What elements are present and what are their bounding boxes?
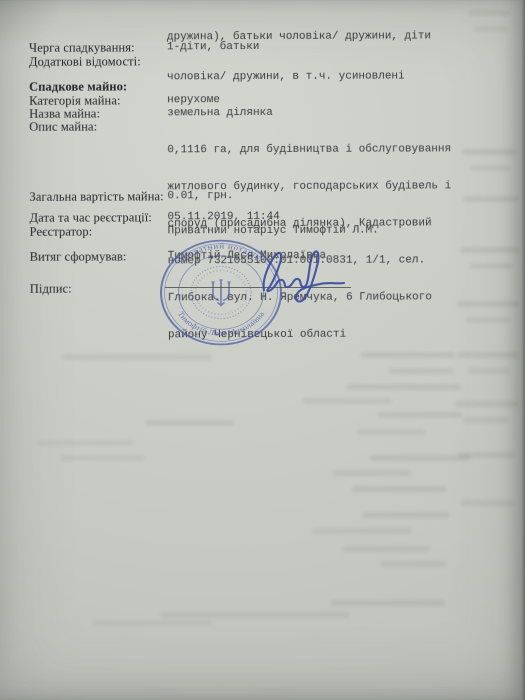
svg-text:Тимофтій Леся Миколаївна: Тимофтій Леся Миколаївна [176, 310, 267, 337]
field-value: 0.01, грн. [167, 190, 233, 203]
trident-icon [212, 280, 231, 306]
field-label: Загальна вартість майна: [29, 189, 163, 204]
field-value: нерухоме [167, 94, 220, 106]
field-label: Реєстратор: [30, 224, 93, 239]
document-content: дружина), батьки чоловіка/ дружини, діти… [0, 0, 525, 700]
field-label: Додаткові відомості: [29, 54, 141, 69]
field-row: Реєстратор: Приватний нотаріус Тимофтій … [0, 223, 525, 239]
signature-stroke [264, 251, 344, 301]
stamp-bottom-text: Тимофтій Леся Миколаївна [176, 310, 267, 337]
photographed-document: дружина), батьки чоловіка/ дружини, діти… [0, 0, 525, 700]
field-label: Опис майна: [29, 119, 97, 134]
signature [252, 240, 360, 306]
field-row: Загальна вартість майна: 0.01, грн. [0, 188, 524, 204]
field-label: Підпис: [30, 282, 72, 297]
field-row: Опис майна: 0,1116 га, для будівництва і… [0, 118, 524, 196]
field-row: Додаткові відомості: [0, 53, 524, 69]
field-value-line: 0,1116 га, для будівництва і обслуговува… [167, 143, 451, 156]
field-label: Витяг сформував: [30, 249, 127, 264]
field-value: земельна ділянка [167, 106, 273, 119]
field-value: Приватний нотаріус Тимофтій Л.М. [168, 224, 379, 237]
field-value: 05.11.2019, 11:44 [168, 211, 280, 224]
field-value: 1-діти, батьки [167, 41, 259, 54]
